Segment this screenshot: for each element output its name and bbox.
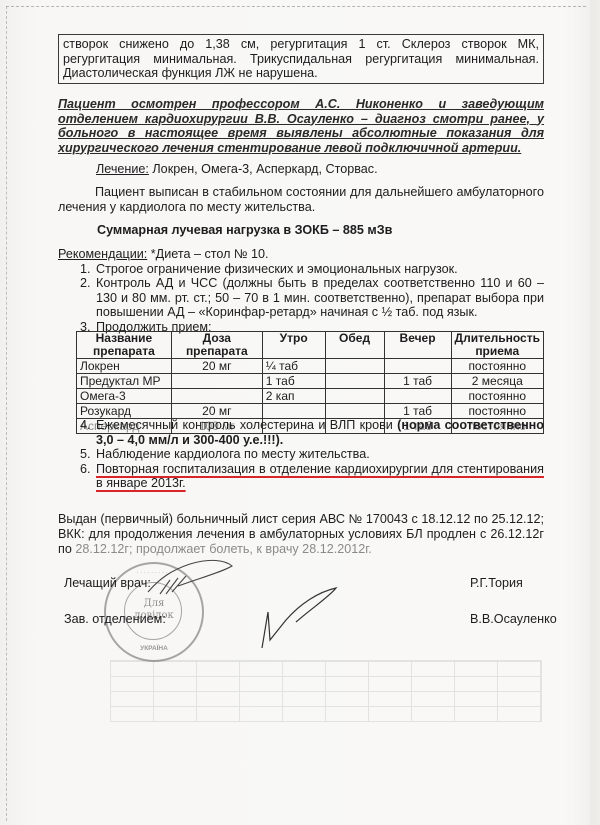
noon — [325, 404, 384, 419]
morning — [262, 404, 325, 419]
column-header: Доза препарата — [171, 332, 262, 359]
consultation-note: Пациент осмотрен профессором А.С. Никоне… — [58, 97, 544, 155]
treatment-value: Локрен, Омега-3, Асперкард, Сторвас. — [149, 162, 378, 176]
item-number: 2. — [80, 276, 91, 291]
evening: 1 таб — [384, 404, 451, 419]
duration: постоянно — [451, 359, 543, 374]
item-text: Контроль АД и ЧСС (должны быть в предела… — [96, 276, 544, 319]
attending-physician-label: Лечащий врач: — [64, 576, 151, 590]
echo-findings-box: створок снижено до 1,38 см, регургитация… — [58, 34, 544, 84]
dose — [171, 374, 262, 389]
recommendations-list-continued: 4.Ежемесячный контроль холестерина и ВЛП… — [58, 418, 544, 491]
column-header: Название препарата — [77, 332, 172, 359]
duration: 2 месяца — [451, 374, 543, 389]
noon — [325, 359, 384, 374]
department-head-name: В.В.Осауленко — [470, 612, 557, 626]
recommendations-list: 1.Строгое ограничение физических и эмоци… — [58, 262, 544, 335]
item-number: 4. — [80, 418, 91, 433]
dose: 20 мг — [171, 359, 262, 374]
dose: 20 мг — [171, 404, 262, 419]
column-header: Утро — [262, 332, 325, 359]
morning: ¼ таб — [262, 359, 325, 374]
discharge-statement: Пациент выписан в стабильном состоянии д… — [58, 185, 544, 215]
drug-name: Локрен — [77, 359, 172, 374]
table-row: Предуктал МР 1 таб 1 таб 2 месяца — [77, 374, 544, 389]
page-left-border — [6, 6, 9, 821]
duration: постоянно — [451, 389, 543, 404]
radiation-dose: Суммарная лучевая нагрузка в ЗОКБ – 885 … — [97, 223, 392, 237]
recommendation-item: 5.Наблюдение кардиолога по месту жительс… — [58, 447, 544, 462]
recommendations-label: Рекомендации: — [58, 247, 147, 261]
item-text: Ежемесячный контроль холестерина и ВЛП к… — [96, 418, 397, 432]
attending-physician-name: Р.Г.Тория — [470, 576, 523, 590]
table-row: Локрен 20 мг ¼ таб постоянно — [77, 359, 544, 374]
table-header-row: Название препарата Доза препарата Утро О… — [77, 332, 544, 359]
recommendation-item: 1.Строгое ограничение физических и эмоци… — [58, 262, 544, 277]
recommendations-continued: 4.Ежемесячный контроль холестерина и ВЛП… — [58, 418, 544, 491]
recommendations-header: Рекомендации: *Диета – стол № 10. — [58, 247, 544, 262]
noon — [325, 389, 384, 404]
page-right-margin — [590, 0, 598, 825]
table-row: Розукард 20 мг 1 таб постоянно — [77, 404, 544, 419]
evening — [384, 389, 451, 404]
column-header: Длительность приема — [451, 332, 543, 359]
item-number: 6. — [80, 462, 91, 477]
rehospitalization-note: Повторная госпитализация в отделение кар… — [96, 462, 544, 491]
morning: 1 таб — [262, 374, 325, 389]
table-row: Омега-3 2 кап постоянно — [77, 389, 544, 404]
drug-name: Розукард — [77, 404, 172, 419]
column-header: Вечер — [384, 332, 451, 359]
page-top-border — [6, 6, 586, 8]
dose — [171, 389, 262, 404]
evening — [384, 359, 451, 374]
sick-leave-note: Выдан (первичный) больничный лист серия … — [58, 512, 544, 557]
bleed-through-table — [110, 660, 540, 760]
treatment-line: Лечение: Локрен, Омега-3, Асперкард, Сто… — [96, 162, 378, 176]
recommendation-item: 4.Ежемесячный контроль холестерина и ВЛП… — [58, 418, 544, 447]
department-head-label: Зав. отделением: — [64, 612, 166, 626]
head-signature-icon — [262, 588, 336, 648]
recommendations-section: Рекомендации: *Диета – стол № 10. 1.Стро… — [58, 247, 544, 334]
drug-name: Предуктал МР — [77, 374, 172, 389]
drug-name: Омега-3 — [77, 389, 172, 404]
recommendation-item: 6.Повторная госпитализация в отделение к… — [58, 462, 544, 491]
duration: постоянно — [451, 404, 543, 419]
item-text: Строгое ограничение физических и эмоцион… — [96, 262, 458, 276]
diet-recommendation: *Диета – стол № 10. — [147, 247, 268, 261]
morning: 2 кап — [262, 389, 325, 404]
stamp-country: УКРАЇНА — [106, 645, 202, 652]
item-text: Наблюдение кардиолога по месту жительств… — [96, 447, 370, 461]
column-header: Обед — [325, 332, 384, 359]
item-number: 5. — [80, 447, 91, 462]
scanned-document-page: створок снижено до 1,38 см, регургитация… — [0, 0, 600, 825]
noon — [325, 374, 384, 389]
stamp-line-1: Для — [106, 598, 202, 610]
evening: 1 таб — [384, 374, 451, 389]
item-number: 1. — [80, 262, 91, 277]
sick-leave-continuation: 28.12.12г; продолжает болеть, к врачу 28… — [75, 542, 371, 556]
treatment-label: Лечение: — [96, 162, 149, 176]
recommendation-item: 2.Контроль АД и ЧСС (должны быть в преде… — [58, 276, 544, 320]
